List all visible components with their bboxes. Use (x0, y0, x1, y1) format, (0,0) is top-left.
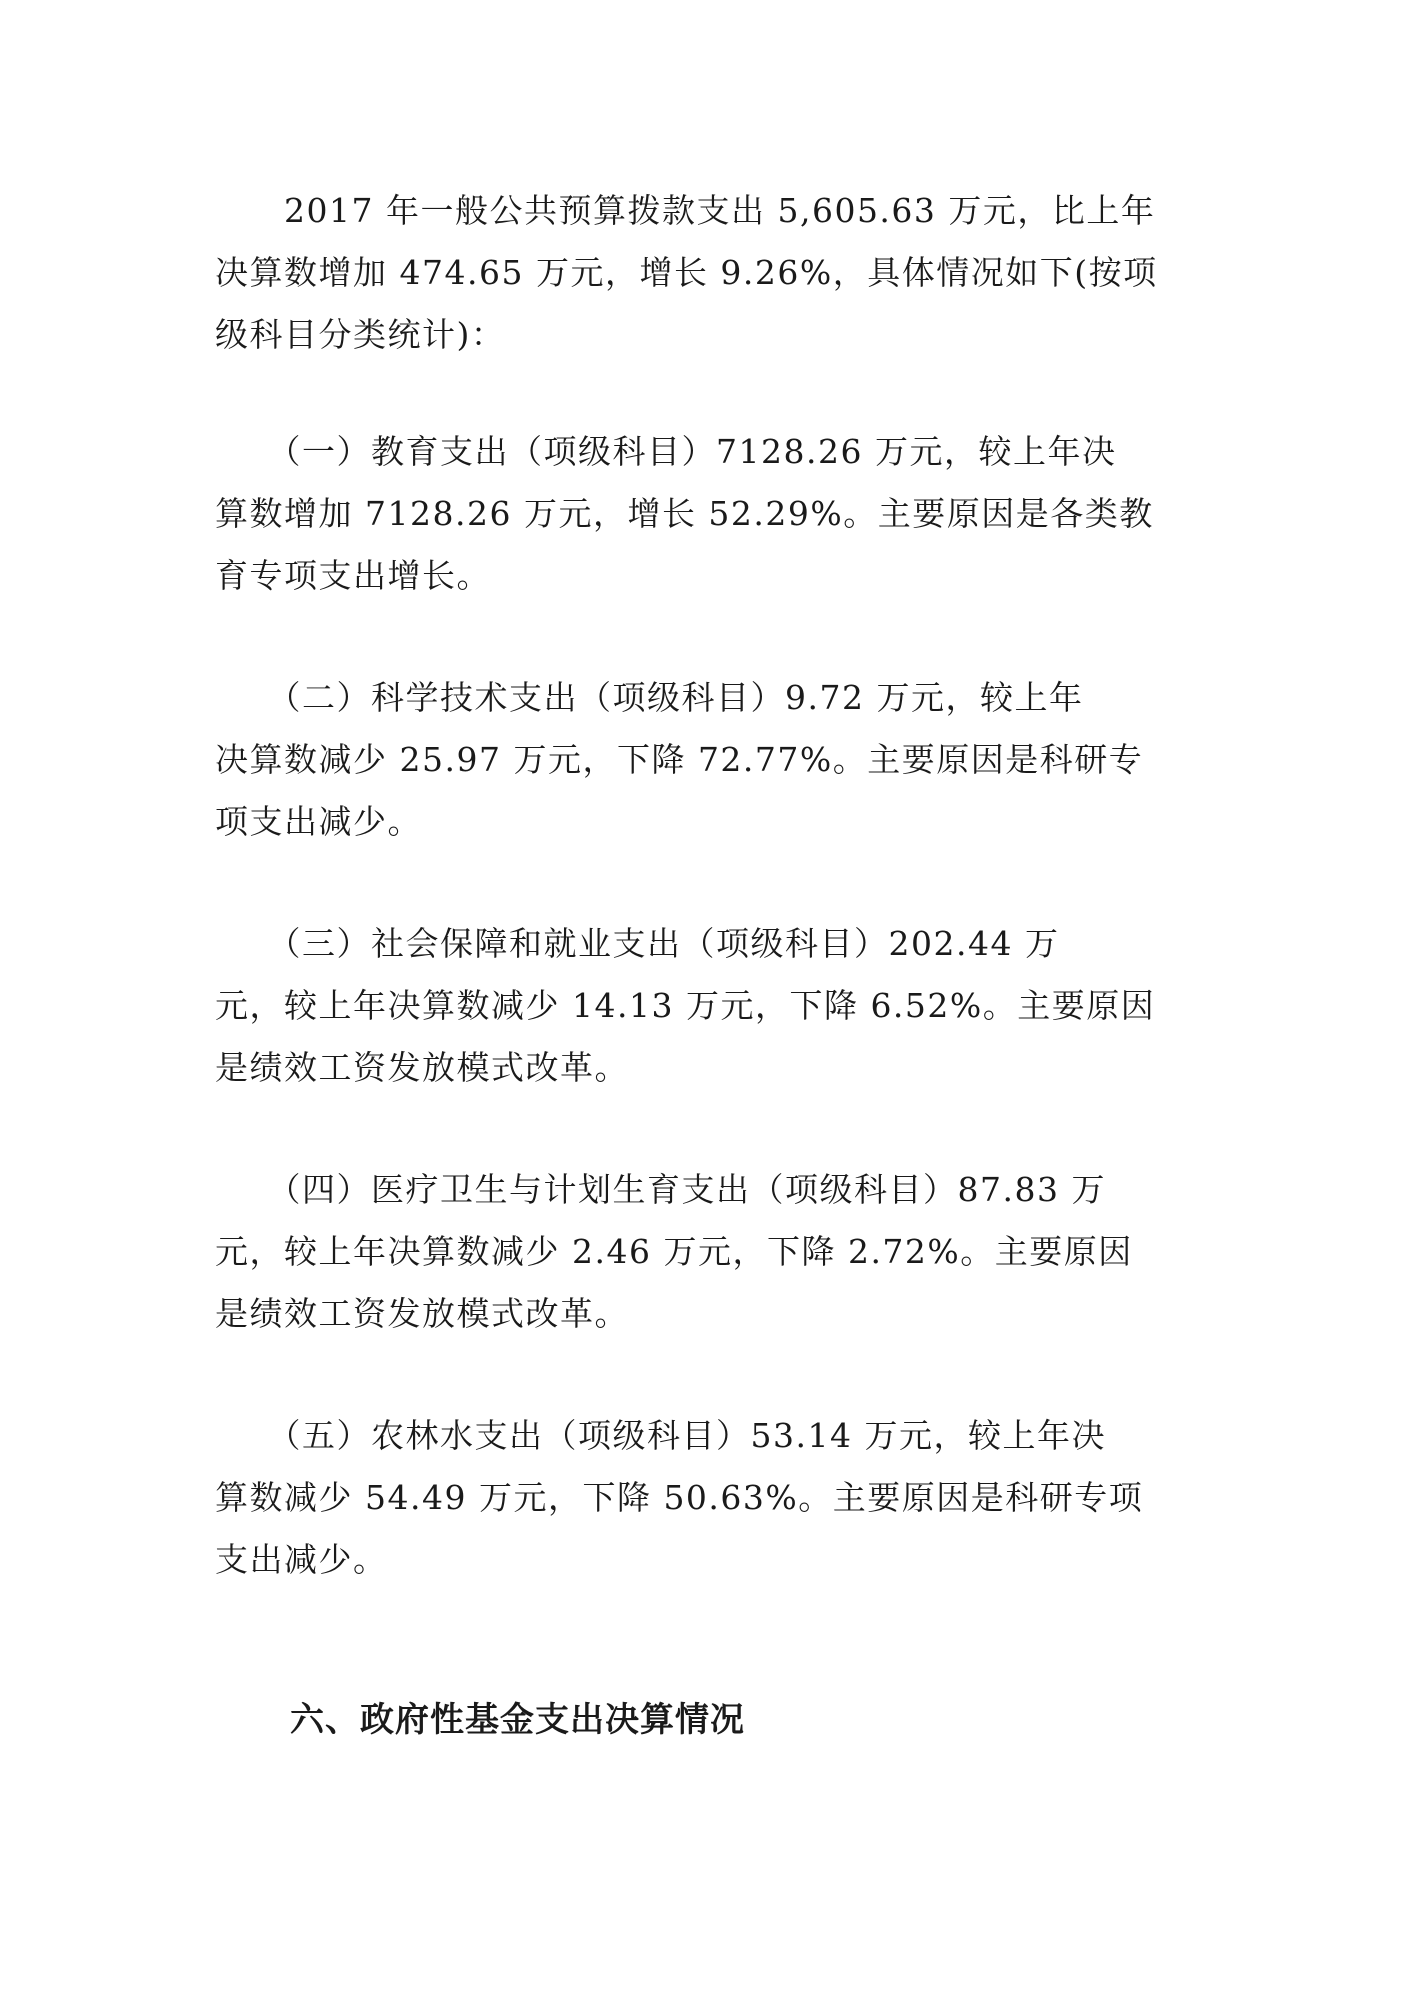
document-page: 2017 年一般公共预算拨款支出 5,605.63 万元，比上年 决算数增加 4… (0, 0, 1413, 2000)
paragraph-line: 2017 年一般公共预算拨款支出 5,605.63 万元，比上年 (215, 180, 1155, 242)
paragraph-line: 级科目分类统计)： (215, 304, 505, 366)
paragraph-line: 算数减少 54.49 万元，下降 50.63%。主要原因是科研专项 (215, 1467, 1143, 1529)
paragraph-line: （二）科学技术支出（项级科目）9.72 万元，较上年 (215, 667, 1083, 729)
paragraph-line: 决算数减少 25.97 万元，下降 72.77%。主要原因是科研专 (215, 729, 1143, 791)
paragraph-line: 决算数增加 474.65 万元，增长 9.26%，具体情况如下(按项 (215, 242, 1158, 304)
paragraph-line: 是绩效工资发放模式改革。 (215, 1037, 629, 1099)
section-heading: 六、政府性基金支出决算情况 (290, 1690, 745, 1750)
paragraph-line: （三）社会保障和就业支出（项级科目）202.44 万 (215, 913, 1059, 975)
paragraph-line: 元，较上年决算数减少 2.46 万元，下降 2.72%。主要原因 (215, 1221, 1133, 1283)
paragraph-line: 元，较上年决算数减少 14.13 万元，下降 6.52%。主要原因 (215, 975, 1155, 1037)
paragraph-line: 项支出减少。 (215, 791, 422, 853)
paragraph-line: 算数增加 7128.26 万元，增长 52.29%。主要原因是各类教 (215, 483, 1154, 545)
paragraph-line: 育专项支出增长。 (215, 545, 491, 607)
paragraph-line: （四）医疗卫生与计划生育支出（项级科目）87.83 万 (215, 1159, 1106, 1221)
paragraph-line: 支出减少。 (215, 1529, 388, 1591)
paragraph-line: （一）教育支出（项级科目）7128.26 万元，较上年决 (215, 421, 1116, 483)
paragraph-line: 是绩效工资发放模式改革。 (215, 1283, 629, 1345)
paragraph-line: （五）农林水支出（项级科目）53.14 万元，较上年决 (215, 1405, 1106, 1467)
